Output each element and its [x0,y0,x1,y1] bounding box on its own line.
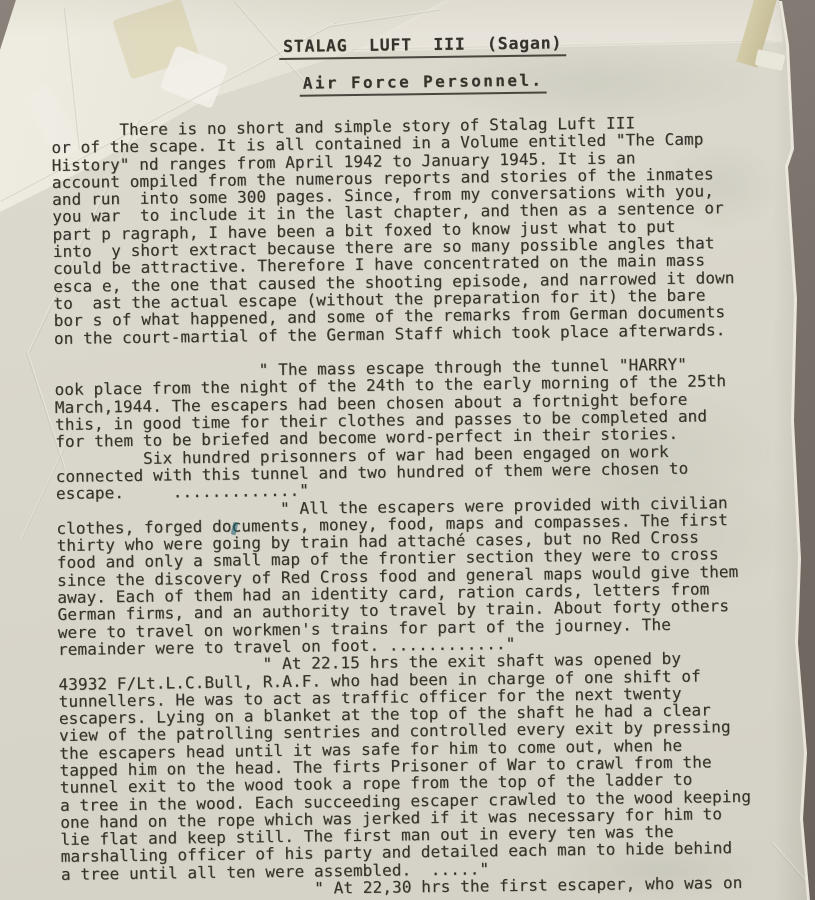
page-subtitle-text: Air Force Personnel. [300,71,547,97]
document-body: There is no short and simple story of St… [51,112,806,900]
page-title-text: STALAG LUFT III (Sagan) [279,33,566,60]
typewritten-text: STALAG LUFT III (Sagan) Air Force Person… [50,30,806,900]
photograph-of-document: STALAG LUFT III (Sagan) Air Force Person… [0,0,815,900]
document-page: STALAG LUFT III (Sagan) Air Force Person… [0,0,815,900]
page-subtitle: Air Force Personnel. [50,67,795,100]
paper-wrapper: STALAG LUFT III (Sagan) Air Force Person… [0,0,815,900]
